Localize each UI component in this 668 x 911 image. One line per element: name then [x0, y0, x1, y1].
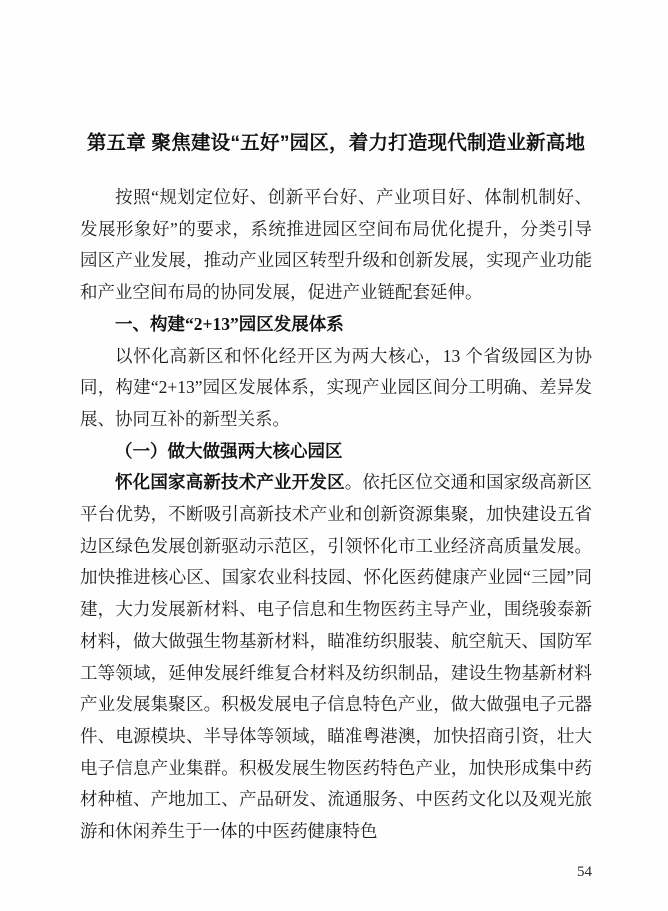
chapter-title: 第五章 聚焦建设“五好”园区，着力打造现代制造业新高地: [80, 128, 592, 158]
subsection-1-1-paragraph: 怀化国家高新技术产业开发区。依托区位交通和国家级高新区平台优势，不断吸引高新技术…: [80, 467, 592, 847]
subsection-1-1-paragraph-text: 。依托区位交通和国家级高新区平台优势，不断吸引高新技术产业和创新资源集聚，加快建…: [80, 472, 592, 841]
section-1-paragraph: 以怀化高新区和怀化经开区为两大核心，13 个省级园区为协同，构建“2+13”园区…: [80, 341, 592, 436]
section-heading-1: 一、构建“2+13”园区发展体系: [80, 309, 592, 341]
page-number: 54: [577, 863, 592, 881]
intro-paragraph: 按照“规划定位好、创新平台好、产业项目好、体制机制好、发展形象好”的要求，系统推…: [80, 182, 592, 309]
page-content: 第五章 聚焦建设“五好”园区，着力打造现代制造业新高地 按照“规划定位好、创新平…: [80, 128, 592, 848]
park-name-lead: 怀化国家高新技术产业开发区: [115, 472, 345, 492]
body-text: 按照“规划定位好、创新平台好、产业项目好、体制机制好、发展形象好”的要求，系统推…: [80, 182, 592, 848]
subsection-heading-1-1: （一）做大做强两大核心园区: [80, 436, 592, 468]
document-page: 第五章 聚焦建设“五好”园区，着力打造现代制造业新高地 按照“规划定位好、创新平…: [0, 0, 668, 911]
